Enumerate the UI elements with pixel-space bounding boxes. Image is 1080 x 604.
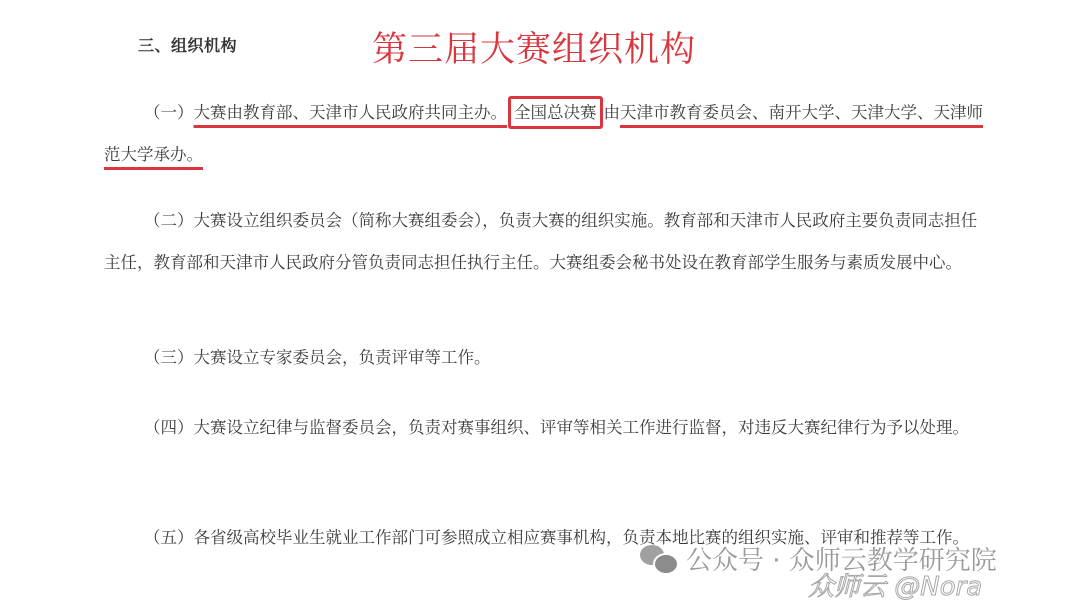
annotation-title: 第三届大赛组织机构 (372, 22, 696, 72)
paragraph-text: （四）大赛设立纪律与监督委员会，负责对赛事组织、评审等相关工作进行监督，对违反大… (144, 418, 969, 437)
paragraph-1: （一）大赛由教育部、天津市人民政府共同主办。全国总决赛由天津市教育委员会、南开大… (104, 92, 984, 176)
underlined-highlight-host: 大赛由教育部、天津市人民政府共同主办。 (194, 103, 508, 122)
paragraph-text: 由 (604, 103, 621, 122)
paragraph-2: （二）大赛设立组织委员会（简称大赛组委会），负责大赛的组织实施。教育部和天津市人… (104, 200, 984, 284)
paragraph-text: （三）大赛设立专家委员会，负责评审等工作。 (144, 348, 491, 367)
watermark-line-2: 众师云 @Nora (808, 566, 982, 603)
boxed-highlight-final: 全国总决赛 (508, 96, 603, 129)
paragraph-3: （三）大赛设立专家委员会，负责评审等工作。 (104, 337, 984, 379)
paragraph-prefix: （一） (144, 103, 194, 122)
paragraph-text: （二）大赛设立组织委员会（简称大赛组委会），负责大赛的组织实施。教育部和天津市人… (104, 211, 977, 272)
wechat-icon (640, 543, 680, 575)
section-heading: 三、组织机构 (138, 33, 237, 56)
paragraph-4: （四）大赛设立纪律与监督委员会，负责对赛事组织、评审等相关工作进行监督，对违反大… (104, 407, 984, 449)
